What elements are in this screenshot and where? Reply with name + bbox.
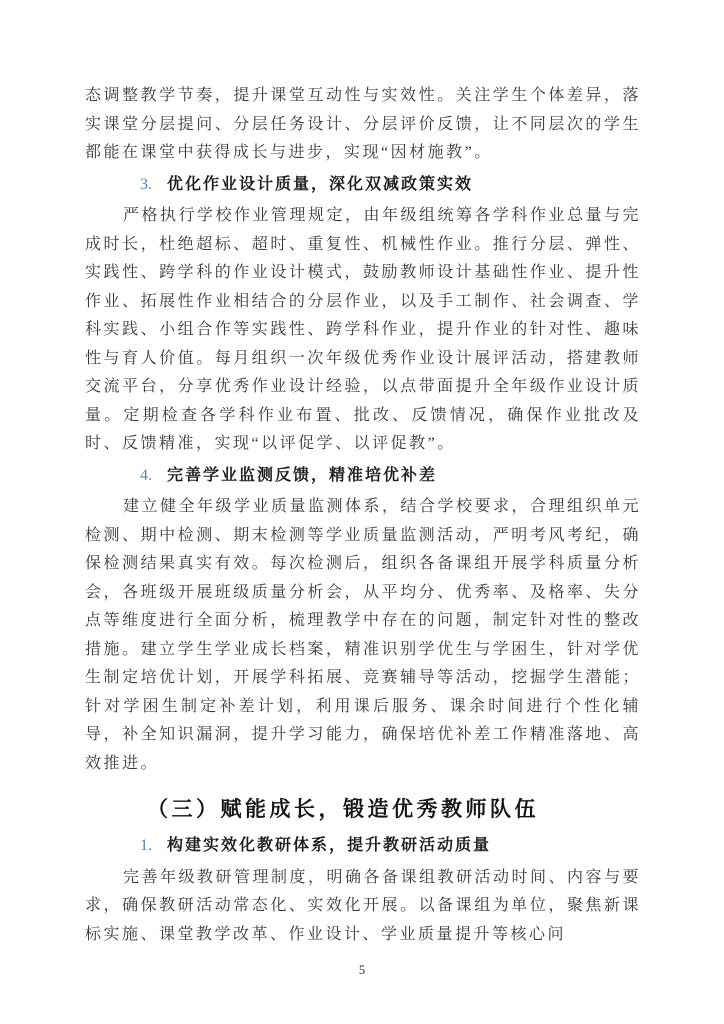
heading-number: 3. <box>140 176 152 193</box>
paragraph-continuation: 态调整教学节奏，提升课堂互动性与实效性。关注学生个体差异，落实课堂分层提问、分层… <box>85 82 641 168</box>
heading-text: 构建实效化教研体系，提升教研活动质量 <box>167 837 491 854</box>
document-page: 态调整教学节奏，提升课堂互动性与实效性。关注学生个体差异，落实课堂分层提问、分层… <box>0 0 724 1024</box>
numbered-heading-1: 1.构建实效化教研体系，提升教研活动质量 <box>140 832 641 861</box>
paragraph-academic-monitoring: 建立健全年级学业质量监测体系，结合学校要求，合理组织单元检测、期中检测、期末检测… <box>85 493 641 778</box>
heading-number: 1. <box>140 837 152 854</box>
numbered-heading-3: 3.优化作业设计质量，深化双减政策实效 <box>140 171 641 200</box>
section-heading-teacher-team: （三）赋能成长，锻造优秀教师队伍 <box>147 794 641 824</box>
heading-text: 优化作业设计质量，深化双减政策实效 <box>167 176 473 193</box>
paragraph-homework-design: 严格执行学校作业管理规定，由年级组统筹各学科作业总量与完成时长，杜绝超标、超时、… <box>85 202 641 459</box>
paragraph-teaching-research: 完善年级教研管理制度，明确各备课组教研活动时间、内容与要求，确保教研活动常态化、… <box>85 864 641 950</box>
page-number: 5 <box>0 963 724 978</box>
heading-number: 4. <box>140 467 152 484</box>
heading-text: 完善学业监测反馈，精准培优补差 <box>167 467 437 484</box>
page-content: 态调整教学节奏，提升课堂互动性与实效性。关注学生个体差异，落实课堂分层提问、分层… <box>85 82 641 949</box>
numbered-heading-4: 4.完善学业监测反馈，精准培优补差 <box>140 462 641 491</box>
